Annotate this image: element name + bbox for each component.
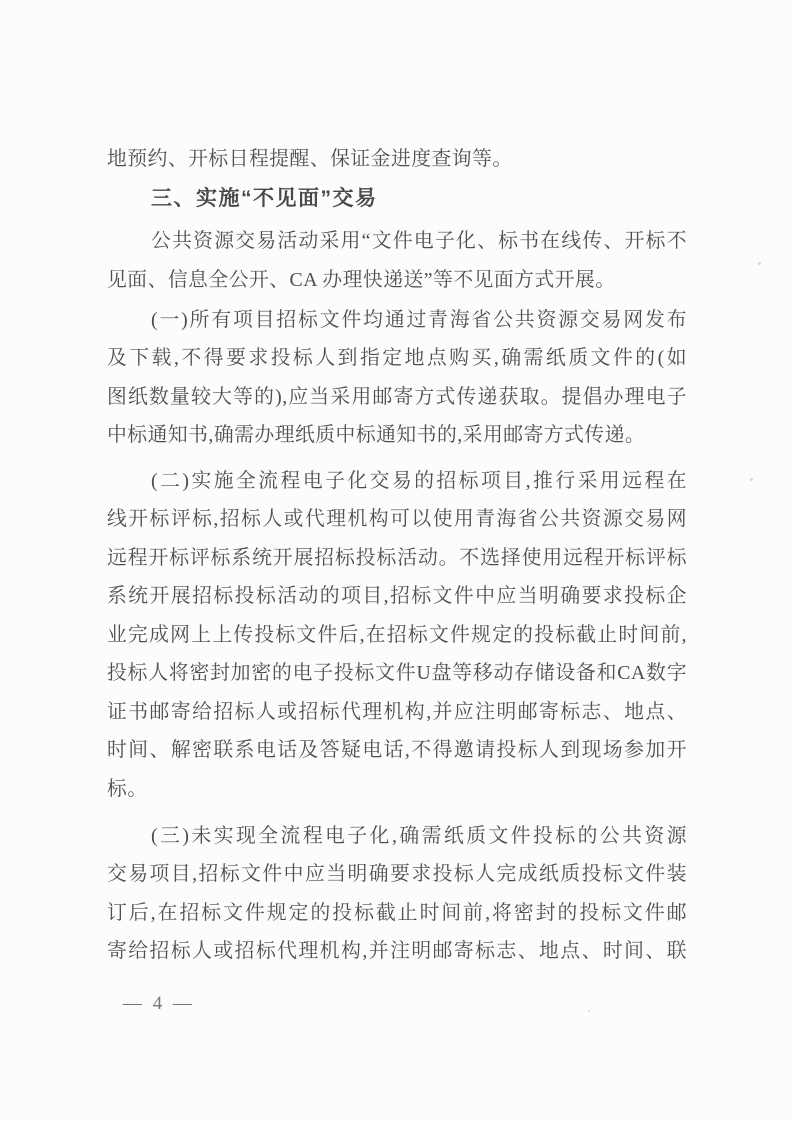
text-line: (三)未实现全流程电子化,确需纸质文件投标的公共资源 — [107, 817, 687, 856]
text-line: 时间、解密联系电话及答疑电话,不得邀请投标人到现场参加开 — [107, 731, 687, 770]
text-line: 投标人将密封加密的电子投标文件U盘等移动存储设备和CA数字 — [107, 654, 687, 693]
page-number: — 4 — — [123, 993, 195, 1014]
scan-speck — [750, 478, 753, 481]
scan-speck — [588, 1010, 590, 1012]
text-line: 远程开标评标系统开展招标投标活动。不选择使用远程开标评标 — [107, 539, 687, 578]
text-line: 交易项目,招标文件中应当明确要求投标人完成纸质投标文件装 — [107, 855, 687, 894]
text-line: 业完成网上上传投标文件后,在招标文件规定的投标截止时间前, — [107, 616, 687, 655]
text-line: 线开标评标,招标人或代理机构可以使用青海省公共资源交易网 — [107, 500, 687, 539]
text-line: 寄给招标人或招标代理机构,并注明邮寄标志、地点、时间、联 — [107, 932, 687, 971]
page-footer: — 4 — — [123, 989, 195, 1019]
paragraph-item-1: (一)所有项目招标文件均通过青海省公共资源交易网发布 及下载,不得要求投标人到指… — [107, 301, 687, 455]
text-line: 图纸数量较大等的),应当采用邮寄方式传递获取。提倡办理电子 — [107, 378, 687, 417]
text-line: 及下载,不得要求投标人到指定地点购买,确需纸质文件的(如 — [107, 339, 687, 378]
document-page: 地预约、开标日程提醒、保证金进度查询等。 三、实施“不见面”交易 公共资源交易活… — [0, 0, 793, 1121]
paragraph-item-3: (三)未实现全流程电子化,确需纸质文件投标的公共资源 交易项目,招标文件中应当明… — [107, 817, 687, 971]
text-line: (二)实施全流程电子化交易的招标项目,推行采用远程在 — [107, 462, 687, 501]
text-line: 证书邮寄给招标人或招标代理机构,并应注明邮寄标志、地点、 — [107, 693, 687, 732]
scan-speck — [758, 262, 761, 265]
text-line: 公共资源交易活动采用“文件电子化、标书在线传、开标不 — [107, 222, 687, 261]
paragraph-overview: 公共资源交易活动采用“文件电子化、标书在线传、开标不 见面、信息全公开、CA 办… — [107, 222, 687, 299]
document-body: 地预约、开标日程提醒、保证金进度查询等。 三、实施“不见面”交易 公共资源交易活… — [107, 140, 687, 971]
text-line: 系统开展招标投标活动的项目,招标文件中应当明确要求投标企 — [107, 577, 687, 616]
text-line-continuation: 地预约、开标日程提醒、保证金进度查询等。 — [107, 140, 687, 179]
text-line: (一)所有项目招标文件均通过青海省公共资源交易网发布 — [107, 301, 687, 340]
section-heading: 三、实施“不见面”交易 — [107, 180, 687, 219]
text-line: 见面、信息全公开、CA 办理快递送”等不见面方式开展。 — [107, 261, 687, 300]
text-line: 订后,在招标文件规定的投标截止时间前,将密封的投标文件邮 — [107, 894, 687, 933]
text-line: 中标通知书,确需办理纸质中标通知书的,采用邮寄方式传递。 — [107, 416, 687, 455]
text-line: 标。 — [107, 770, 687, 809]
paragraph-item-2: (二)实施全流程电子化交易的招标项目,推行采用远程在 线开标评标,招标人或代理机… — [107, 462, 687, 809]
